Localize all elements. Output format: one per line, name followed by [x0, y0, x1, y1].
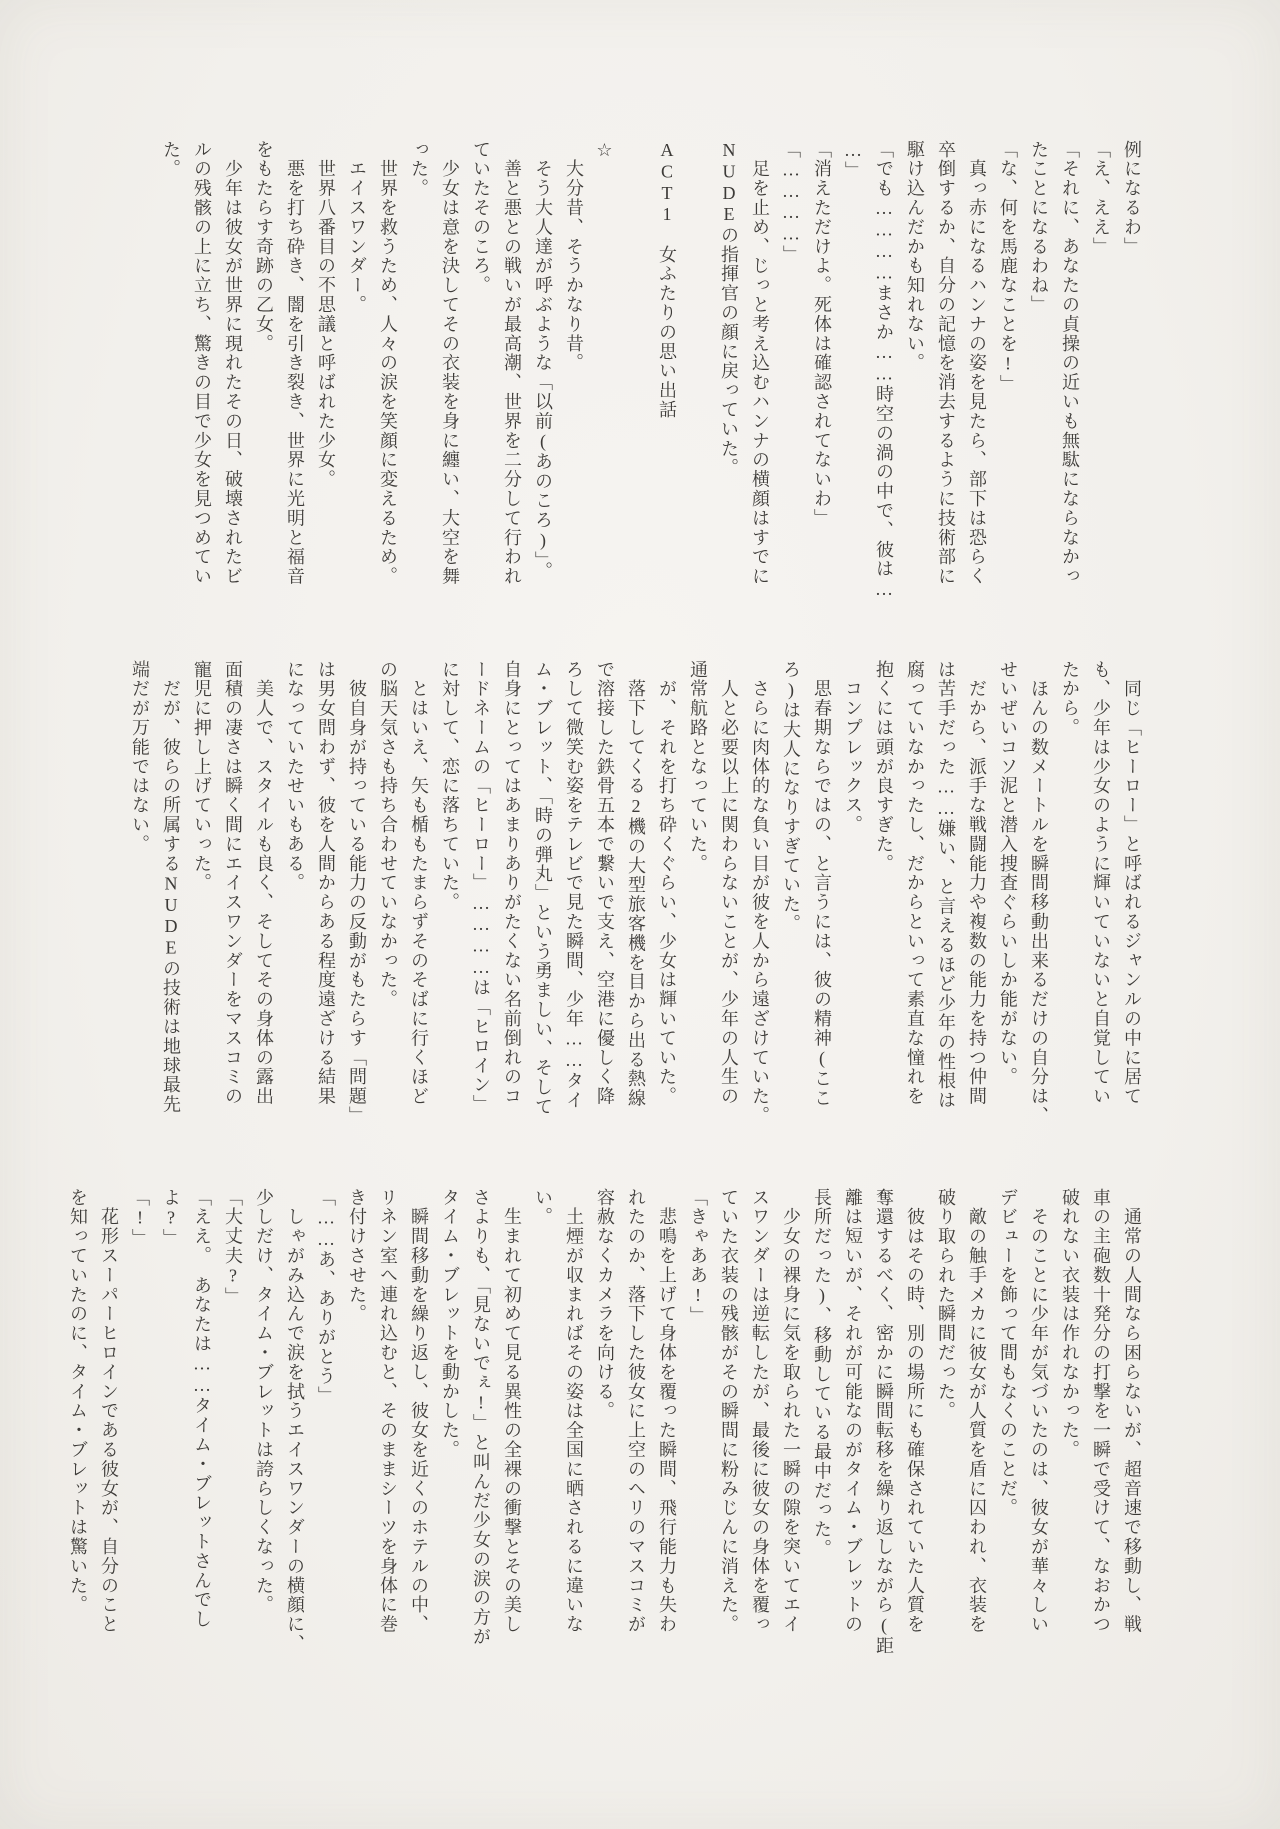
text-column: ードネームの「ヒーロー」…………は「ヒロイン」 — [465, 660, 496, 1144]
text-column: 人と必要以上に関わらないことが、少年の人生の — [713, 660, 744, 1144]
text-column: 「な、何を馬鹿なことを!」 — [992, 140, 1023, 624]
text-column: が、それを打ち砕くぐらい、少女は輝いていた。 — [651, 660, 682, 1144]
text-column: も、少年は少女のように輝いていないと自覚してい — [1085, 660, 1116, 1144]
text-column: ていた衣装の残骸がその瞬間に粉みじんに消えた。 — [713, 1188, 744, 1672]
text-block-top: 例になるわ」「え、ええ」「それに、あなたの貞操の近いも無駄にならなかったことにな… — [155, 140, 1147, 624]
text-column: 「大丈夫?」 — [217, 1188, 248, 1672]
text-column: だが、彼らの所属するNUDEの技術は地球最先 — [155, 660, 186, 1144]
text-column: 奪還するべく、密かに瞬間転移を繰り返しながら(距 — [868, 1188, 899, 1672]
text-column: の脳天気さも持ち合わせていなかった。 — [372, 660, 403, 1144]
text-column: 「ええ。 あなたは……タイム・ブレットさんでし — [186, 1188, 217, 1672]
text-column: は苦手だった……嫌い、と言えるほど少年の性根は — [930, 660, 961, 1144]
text-column: 悪を打ち砕き、闇を引き裂き、世界に光明と福音 — [279, 140, 310, 624]
text-column: 土煙が収まればその姿は全国に晒されるに違いな — [558, 1188, 589, 1672]
text-column: ム・ブレット、「時の弾丸」という勇ましい、そして — [527, 660, 558, 1144]
text-column: を知っていたのに、タイム・ブレットは驚いた。 — [62, 1188, 93, 1672]
text-column: エイスワンダー。 — [341, 140, 372, 624]
text-column: った。 — [403, 140, 434, 624]
text-column: 「え、ええ」 — [1085, 140, 1116, 624]
text-column: リネン室へ連れ込むと、そのままシーツを身体に巻 — [372, 1188, 403, 1672]
text-column: コンプレックス。 — [837, 660, 868, 1144]
text-column: 同じ「ヒーロー」と呼ばれるジャンルの中に居て — [1116, 660, 1147, 1144]
text-column: た。 — [155, 140, 186, 624]
text-column: そう大人達が呼ぶような「以前(あのころ)」。 — [527, 140, 558, 624]
text-column: 悲鳴を上げて身体を覆った瞬間、飛行能力も失わ — [651, 1188, 682, 1672]
text-column: 端だが万能ではない。 — [124, 660, 155, 1144]
text-column: 世界八番目の不思議と呼ばれた少女。 — [310, 140, 341, 624]
text-column: で溶接した鉄骨五本で繋いで支え、空港に優しく降 — [589, 660, 620, 1144]
text-column: 生まれて初めて見る異性の全裸の衝撃とその美し — [496, 1188, 527, 1672]
text-block-bottom: 通常の人間なら困らないが、超音速で移動し、戦車の主砲数十発分の打撃を一瞬で受けて… — [62, 1188, 1147, 1672]
text-column: 少女は意を決してその衣装を身に纏い、大空を舞 — [434, 140, 465, 624]
text-column: 腐っていなかったし、だからといって素直な憧れを — [899, 660, 930, 1144]
text-column: ろして微笑む姿をテレビで見た瞬間、少年……タイ — [558, 660, 589, 1144]
text-column: さよりも、「見ないでぇ!」と叫んだ少女の涙の方が — [465, 1188, 496, 1672]
text-column: 通常の人間なら困らないが、超音速で移動し、戦 — [1116, 1188, 1147, 1672]
text-column: 「……あ、ありがとう」 — [310, 1188, 341, 1672]
text-column: 世界を救うため、人々の涙を笑顔に変えるため。 — [372, 140, 403, 624]
text-column: たから。 — [1054, 660, 1085, 1144]
text-column: 卒倒するか、自分の記憶を消去するように技術部に — [930, 140, 961, 624]
text-column: ていたそのころ。 — [465, 140, 496, 624]
text-column: デビューを飾って間もなくのことだ。 — [992, 1188, 1023, 1672]
text-column: 例になるわ」 — [1116, 140, 1147, 624]
text-column: 寵児に押し上げていった。 — [186, 660, 217, 1144]
text-column: そのことに少年が気づいたのは、彼女が華々しい — [1023, 1188, 1054, 1672]
text-column: 破れない衣装は作れなかった。 — [1054, 1188, 1085, 1672]
text-column: だから、派手な戦闘能力や複数の能力を持つ仲間 — [961, 660, 992, 1144]
text-column: に対して、恋に落ちていた。 — [434, 660, 465, 1144]
text-column: をもたらす奇跡の乙女。 — [248, 140, 279, 624]
text-column: 抱くには頭が良すぎた。 — [868, 660, 899, 1144]
text-column: 容赦なくカメラを向ける。 — [589, 1188, 620, 1672]
text-column: になっていたせいもある。 — [279, 660, 310, 1144]
scanned-page: 例になるわ」「え、ええ」「それに、あなたの貞操の近いも無駄にならなかったことにな… — [0, 0, 1280, 1829]
text-column: 美人で、スタイルも良く、そしてその身体の露出 — [248, 660, 279, 1144]
text-column: NUDEの指揮官の顔に戻っていた。 — [713, 140, 744, 624]
text-column: 大分昔、そうかなり昔。 — [558, 140, 589, 624]
text-column: 自身にとってはあまりありがたくない名前倒れのコ — [496, 660, 527, 1144]
text-column: は男女問わず、彼を人間からある程度遠ざける結果 — [310, 660, 341, 1144]
text-column: よ?」 — [155, 1188, 186, 1672]
text-column: 敵の触手メカに彼女が人質を盾に囚われ、衣装を — [961, 1188, 992, 1672]
text-column: 「!」 — [124, 1188, 155, 1672]
text-column: …」 — [837, 140, 868, 624]
text-column: さらに肉体的な負い目が彼を人から遠ざけていた。 — [744, 660, 775, 1144]
text-column: 「消えただけよ。死体は確認されてないわ」 — [806, 140, 837, 624]
text-block-middle: 同じ「ヒーロー」と呼ばれるジャンルの中に居ても、少年は少女のように輝いていないと… — [124, 660, 1147, 1144]
text-column: たことになるわね」 — [1023, 140, 1054, 624]
text-column: 駆け込んだかも知れない。 — [899, 140, 930, 624]
text-column: 「きゃああ!」 — [682, 1188, 713, 1672]
text-column: き付けさせた。 — [341, 1188, 372, 1672]
column-spacer — [682, 140, 713, 624]
text-column: 長所だった)、移動している最中だった。 — [806, 1188, 837, 1672]
text-column: 善と悪との戦いが最高潮、世界を二分して行われ — [496, 140, 527, 624]
text-column: ルの残骸の上に立ち、驚きの目で少女を見つめてい — [186, 140, 217, 624]
text-column: 花形スーパーヒロインである彼女が、自分のこと — [93, 1188, 124, 1672]
text-column: タイム・ブレットを動かした。 — [434, 1188, 465, 1672]
text-column: 足を止め、じっと考え込むハンナの横顔はすでに — [744, 140, 775, 624]
text-column: 離は短いが、それが可能なのがタイム・ブレットの — [837, 1188, 868, 1672]
text-column: 少女の裸身に気を取られた一瞬の隙を突いてエイ — [775, 1188, 806, 1672]
text-column: い。 — [527, 1188, 558, 1672]
text-column: 破り取られた瞬間だった。 — [930, 1188, 961, 1672]
text-column: 落下してくる2機の大型旅客機を目から出る熱線 — [620, 660, 651, 1144]
text-column: れたのか、落下した彼女に上空のヘリのマスコミが — [620, 1188, 651, 1672]
text-column: 思春期ならではの、と言うには、彼の精神(ここ — [806, 660, 837, 1144]
text-column: せいぜいコソ泥と潜入捜査ぐらいしか能がない。 — [992, 660, 1023, 1144]
text-column: ろ)は大人になりすぎていた。 — [775, 660, 806, 1144]
column-spacer — [620, 140, 651, 624]
star-divider: ☆ — [589, 140, 620, 624]
text-column: 「それに、あなたの貞操の近いも無駄にならなかっ — [1054, 140, 1085, 624]
text-column: 彼自身が持っている能力の反動がもたらす「問題」 — [341, 660, 372, 1144]
text-column: 「でも…………まさか……時空の渦の中で、彼は… — [868, 140, 899, 624]
text-column: 瞬間移動を繰り返し、彼女を近くのホテルの中、 — [403, 1188, 434, 1672]
text-column: 「…………」 — [775, 140, 806, 624]
text-column: ほんの数メートルを瞬間移動出来るだけの自分は、 — [1023, 660, 1054, 1144]
text-column: スワンダーは逆転したが、最後に彼女の身体を覆っ — [744, 1188, 775, 1672]
text-column: とはいえ、矢も楯もたまらずそのそばに行くほど — [403, 660, 434, 1144]
text-column: 少しだけ、タイム・ブレットは誇らしくなった。 — [248, 1188, 279, 1672]
act-heading: ACT1 女ふたりの思い出話 — [651, 140, 682, 624]
text-column: しゃがみ込んで涙を拭うエイスワンダーの横顔に、 — [279, 1188, 310, 1672]
text-column: 少年は彼女が世界に現れたその日、破壊されたビ — [217, 140, 248, 624]
text-column: 車の主砲数十発分の打撃を一瞬で受けて、なおかつ — [1085, 1188, 1116, 1672]
text-column: 面積の凄さは瞬く間にエイスワンダーをマスコミの — [217, 660, 248, 1144]
text-column: 通常航路となっていた。 — [682, 660, 713, 1144]
text-column: 真っ赤になるハンナの姿を見たら、部下は恐らく — [961, 140, 992, 624]
text-column: 彼はその時、別の場所にも確保されていた人質を — [899, 1188, 930, 1672]
